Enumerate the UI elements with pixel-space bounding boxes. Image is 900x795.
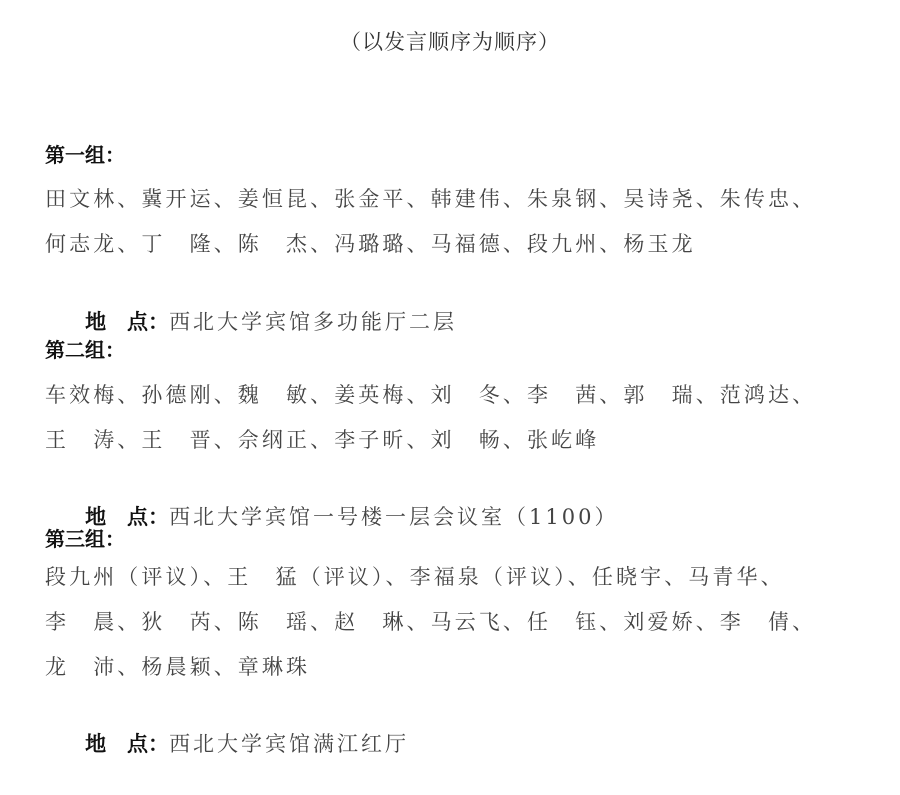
location-value: 西北大学宾馆满江红厅	[169, 732, 409, 756]
group-3-members-line-3: 龙 沛、杨晨颖、章琳珠	[45, 651, 310, 683]
group-2-location: 地 点：西北大学宾馆一号楼一层会议室（1100）	[45, 469, 619, 565]
group-3-members-line-2: 李 晨、狄 芮、陈 瑶、赵 琳、马云飞、任 钰、刘爱娇、李 倩、	[45, 606, 816, 638]
group-1-members-line-2: 何志龙、丁 隆、陈 杰、冯璐璐、马福德、段九州、杨玉龙	[45, 228, 696, 260]
location-value: 西北大学宾馆一号楼一层会议室（1100）	[169, 505, 618, 529]
group-3-members-line-1: 段九州（评议）、王 猛（评议）、李福泉（评议）、任晓宇、马青华、	[45, 561, 785, 593]
group-1-header: 第一组：	[45, 140, 125, 170]
location-label: 地 点：	[85, 732, 169, 756]
group-2-members-line-2: 王 涛、王 晋、佘纲正、李子昕、刘 畅、张屹峰	[45, 424, 599, 456]
location-value: 西北大学宾馆多功能厅二层	[169, 310, 457, 334]
group-3-location: 地 点：西北大学宾馆满江红厅	[45, 696, 409, 792]
group-2-members-line-1: 车效梅、孙德刚、魏 敏、姜英梅、刘 冬、李 茜、郭 瑞、范鸿达、	[45, 379, 816, 411]
location-label: 地 点：	[85, 310, 169, 334]
group-3-header: 第三组：	[45, 524, 125, 554]
order-note: （以发言顺序为顺序）	[0, 26, 900, 58]
group-1-members-line-1: 田文林、冀开运、姜恒昆、张金平、韩建伟、朱泉钢、吴诗尧、朱传忠、	[45, 183, 816, 215]
group-2-header: 第二组：	[45, 335, 125, 365]
